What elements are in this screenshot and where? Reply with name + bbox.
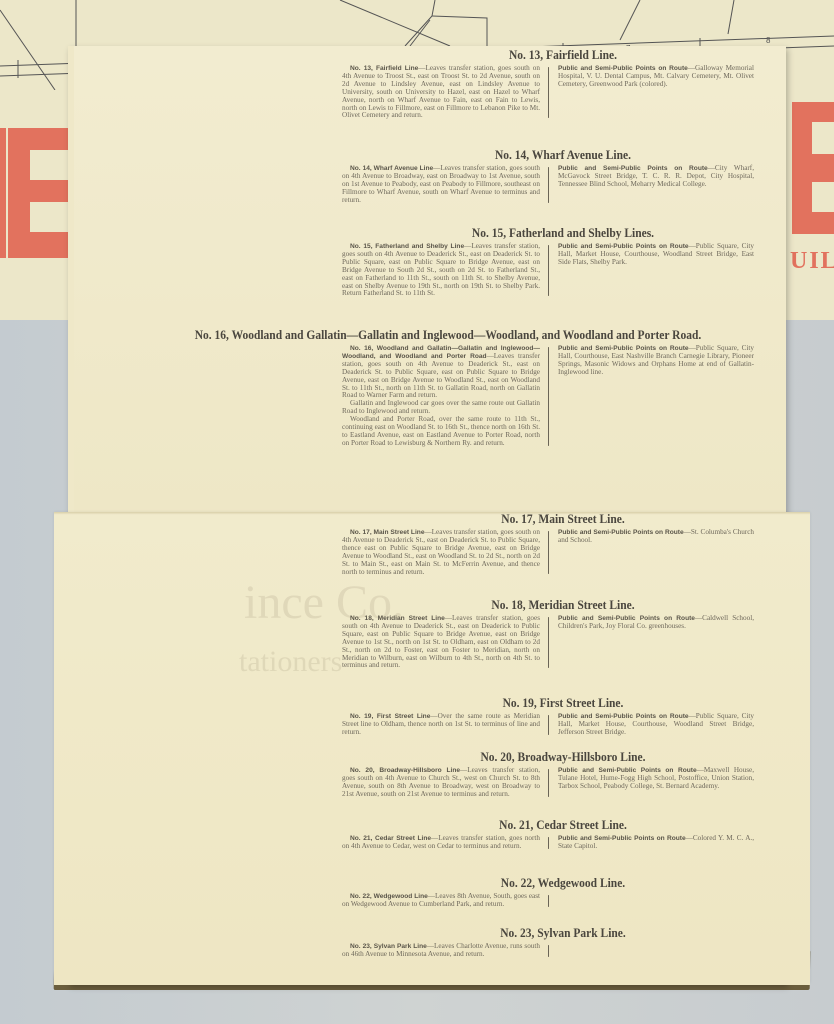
route-title: No. 23, Sylvan Park Line. (358, 926, 768, 940)
brace-divider (544, 243, 554, 298)
brace-divider (544, 65, 554, 120)
route-description: No. 15, Fatherland and Shelby Line—Leave… (340, 243, 540, 298)
route-section: No. 13, Fairfield Line. No. 13, Fairfiel… (340, 48, 786, 120)
description-paragraph: No. 23, Sylvan Park Line—Leaves Charlott… (342, 943, 540, 959)
route-title: No. 20, Broadway-Hillsboro Line. (358, 750, 768, 764)
route-section: No. 16, Woodland and Gallatin—Gallatin a… (340, 328, 786, 448)
route-title: No. 19, First Street Line. (358, 696, 768, 710)
route-description: No. 23, Sylvan Park Line—Leaves Charlott… (340, 943, 540, 959)
brace-divider (544, 893, 554, 909)
brace-divider (544, 615, 554, 670)
route-section: No. 19, First Street Line. No. 19, First… (340, 696, 786, 737)
description-paragraph: No. 19, First Street Line—Over the same … (342, 713, 540, 737)
show-through-text: tationers (239, 645, 342, 679)
route-title: No. 18, Meridian Street Line. (358, 598, 768, 612)
brace-divider (544, 165, 554, 205)
route-title: No. 15, Fatherland and Shelby Lines. (358, 226, 768, 240)
route-section: No. 18, Meridian Street Line. No. 18, Me… (340, 598, 786, 670)
route-title: No. 21, Cedar Street Line. (358, 818, 768, 832)
route-points: Public and Semi-Public Points on Route—C… (558, 165, 754, 189)
brace-divider (544, 835, 554, 851)
route-points: Public and Semi-Public Points on Route—M… (558, 767, 754, 791)
brace-divider (544, 529, 554, 576)
route-title: No. 17, Main Street Line. (358, 512, 768, 526)
route-description: No. 22, Wedgewood Line—Leaves 8th Avenue… (340, 893, 540, 909)
route-points: Public and Semi-Public Points on Route—C… (558, 615, 754, 631)
description-text: —Leaves transfer station, goes south on … (342, 64, 540, 119)
route-title: No. 13, Fairfield Line. (358, 48, 768, 62)
route-description: No. 21, Cedar Street Line—Leaves transfe… (340, 835, 540, 851)
route-title: No. 16, Woodland and Gallatin—Gallatin a… (137, 328, 759, 342)
route-section: No. 20, Broadway-Hillsboro Line. No. 20,… (340, 750, 786, 799)
description-text: —Leaves transfer station, goes south on … (342, 352, 540, 400)
route-title: No. 14, Wharf Avenue Line. (358, 148, 768, 162)
description-text: —Leaves transfer station, goes south on … (342, 242, 540, 297)
route-points: Public and Semi-Public Points on Route—P… (558, 243, 754, 267)
description-text: Woodland and Porter Road, over the same … (342, 415, 540, 447)
route-points: Public and Semi-Public Points on Route—P… (558, 345, 754, 377)
description-paragraph: No. 20, Broadway-Hillsboro Line—Leaves t… (342, 767, 540, 799)
description-text: —Leaves transfer station, goes south on … (342, 614, 540, 669)
route-description: No. 13, Fairfield Line—Leaves transfer s… (340, 65, 540, 120)
banner-letter-e-right (792, 102, 834, 234)
description-paragraph: No. 13, Fairfield Line—Leaves transfer s… (342, 65, 540, 120)
description-paragraph: No. 15, Fatherland and Shelby Line—Leave… (342, 243, 540, 298)
route-description: No. 16, Woodland and Gallatin—Gallatin a… (340, 345, 540, 448)
description-paragraph: No. 22, Wedgewood Line—Leaves 8th Avenue… (342, 893, 540, 909)
route-section: No. 14, Wharf Avenue Line. No. 14, Wharf… (340, 148, 786, 205)
route-points: Public and Semi-Public Points on Route—C… (558, 835, 754, 851)
banner-letter-e (8, 128, 72, 258)
route-title: No. 22, Wedgewood Line. (358, 876, 768, 890)
description-paragraph: Gallatin and Inglewood car goes over the… (342, 400, 540, 416)
description-text: Gallatin and Inglewood car goes over the… (342, 399, 540, 415)
description-paragraph: Woodland and Porter Road, over the same … (342, 416, 540, 448)
route-points: Public and Semi-Public Points on Route—S… (558, 529, 754, 545)
route-section: No. 23, Sylvan Park Line. No. 23, Sylvan… (340, 926, 786, 959)
brace-divider (544, 345, 554, 448)
route-description: No. 14, Wharf Avenue Line—Leaves transfe… (340, 165, 540, 205)
brace-divider (544, 767, 554, 799)
route-section: No. 17, Main Street Line. No. 17, Main S… (340, 512, 786, 576)
route-section: No. 22, Wedgewood Line. No. 22, Wedgewoo… (340, 876, 786, 909)
route-description: No. 19, First Street Line—Over the same … (340, 713, 540, 737)
description-paragraph: No. 17, Main Street Line—Leaves transfer… (342, 529, 540, 576)
route-description: No. 20, Broadway-Hillsboro Line—Leaves t… (340, 767, 540, 799)
map-grid-label: 8 (766, 36, 770, 45)
banner-fragment-text: UIL (790, 248, 834, 275)
route-section: No. 15, Fatherland and Shelby Lines. No.… (340, 226, 786, 298)
description-paragraph: No. 16, Woodland and Gallatin—Gallatin a… (342, 345, 540, 400)
banner-letter-fragment (0, 128, 6, 258)
route-description: No. 18, Meridian Street Line—Leaves tran… (340, 615, 540, 670)
route-description: No. 17, Main Street Line—Leaves transfer… (340, 529, 540, 576)
route-section: No. 21, Cedar Street Line. No. 21, Cedar… (340, 818, 786, 851)
route-points: Public and Semi-Public Points on Route—G… (558, 65, 754, 89)
route-points: Public and Semi-Public Points on Route—P… (558, 713, 754, 737)
description-paragraph: No. 18, Meridian Street Line—Leaves tran… (342, 615, 540, 670)
booklet-page: ince Co. tationers No. 13, Fairfield Lin… (68, 46, 786, 984)
brace-divider (544, 713, 554, 737)
brace-divider (544, 943, 554, 959)
description-text: —Leaves transfer station, goes south on … (342, 528, 540, 576)
description-paragraph: No. 21, Cedar Street Line—Leaves transfe… (342, 835, 540, 851)
description-paragraph: No. 14, Wharf Avenue Line—Leaves transfe… (342, 165, 540, 205)
